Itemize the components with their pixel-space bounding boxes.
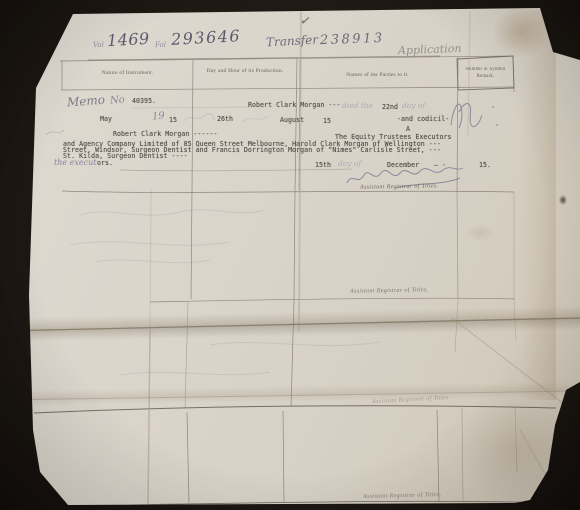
registrar-label-3: Assistant Registrar of Titles.: [372, 395, 451, 405]
registrar-label-4: Assistant Registrar of Titles.: [363, 492, 442, 500]
death-month: May: [100, 116, 112, 124]
death-day: 22nd: [382, 104, 398, 112]
death-year: 15: [169, 117, 177, 125]
registration-dashes: — -: [434, 162, 446, 170]
deceased-name: Robert Clark Morgan ---: [248, 102, 340, 110]
transfer-label: Transfer: [266, 33, 319, 50]
registration-month: December: [387, 162, 419, 170]
reg-day-of-handwritten: day of: [338, 159, 361, 168]
executors-typed: ors.: [97, 160, 113, 168]
fold-crease-horizontal-main: [0, 306, 580, 343]
probate-month: August: [280, 117, 304, 125]
memo-number: 40395.: [132, 98, 156, 106]
registrar-label-2: Assistant Registrar of Titles.: [350, 287, 429, 294]
paper-sheet: ✓ Vol 1469 Fol 293646 Transfer 238913 Ap…: [0, 0, 580, 510]
year-19-handwritten: 19: [152, 111, 165, 123]
fold-creases: [0, 12, 580, 505]
paper-edge-speck: [559, 195, 567, 205]
stain-top-right: [492, 6, 550, 58]
header-number-symbol-line1: Number or Symbol: [458, 67, 513, 73]
died-the-handwritten: died the: [342, 101, 373, 110]
fold-crease-horizontal-lower: [0, 381, 580, 406]
vol-number: 1469: [107, 29, 151, 50]
probate-day: 26th: [217, 116, 233, 124]
header-number-symbol-line2: Remark.: [458, 74, 513, 80]
fol-label: Fol: [155, 41, 166, 49]
stain-mid-right: [466, 224, 494, 242]
vol-label: Vol: [93, 41, 104, 49]
header-day-hour-production: Day and Hour of its Production.: [193, 68, 297, 75]
memo-handwritten: Memo: [67, 93, 106, 110]
transfer-number: 238913: [320, 31, 385, 48]
codicil-note: -and codicil-: [397, 116, 449, 124]
probate-year: 15: [323, 118, 331, 126]
registration-day: 15th: [315, 162, 331, 170]
party-line1-left: Robert Clark Morgan ------: [113, 131, 218, 139]
stain-right-band: [520, 10, 556, 400]
day-of-handwritten: day of: [402, 101, 425, 110]
document-photo: ✓ Vol 1469 Fol 293646 Transfer 238913 Ap…: [0, 0, 580, 510]
registrar-label-1: Assistant Registrar of Titles.: [360, 183, 439, 190]
initials-scrawl: [451, 104, 482, 128]
registration-year: 15.: [479, 162, 491, 170]
header-nature-of-instrument: Nature of Instrument.: [62, 70, 193, 77]
checkmark-annotation: ✓: [299, 13, 312, 30]
ink-specks: [492, 48, 568, 126]
fol-number: 293646: [171, 26, 242, 49]
memo-no-handwritten: No: [110, 94, 126, 106]
ghost-writing: [70, 210, 380, 375]
executors-handwritten: the execut: [54, 158, 96, 167]
header-names-of-parties: Names of the Parties to it.: [297, 72, 458, 79]
stain-bottom-right: [458, 398, 570, 502]
application-annotation: Application: [398, 42, 462, 57]
